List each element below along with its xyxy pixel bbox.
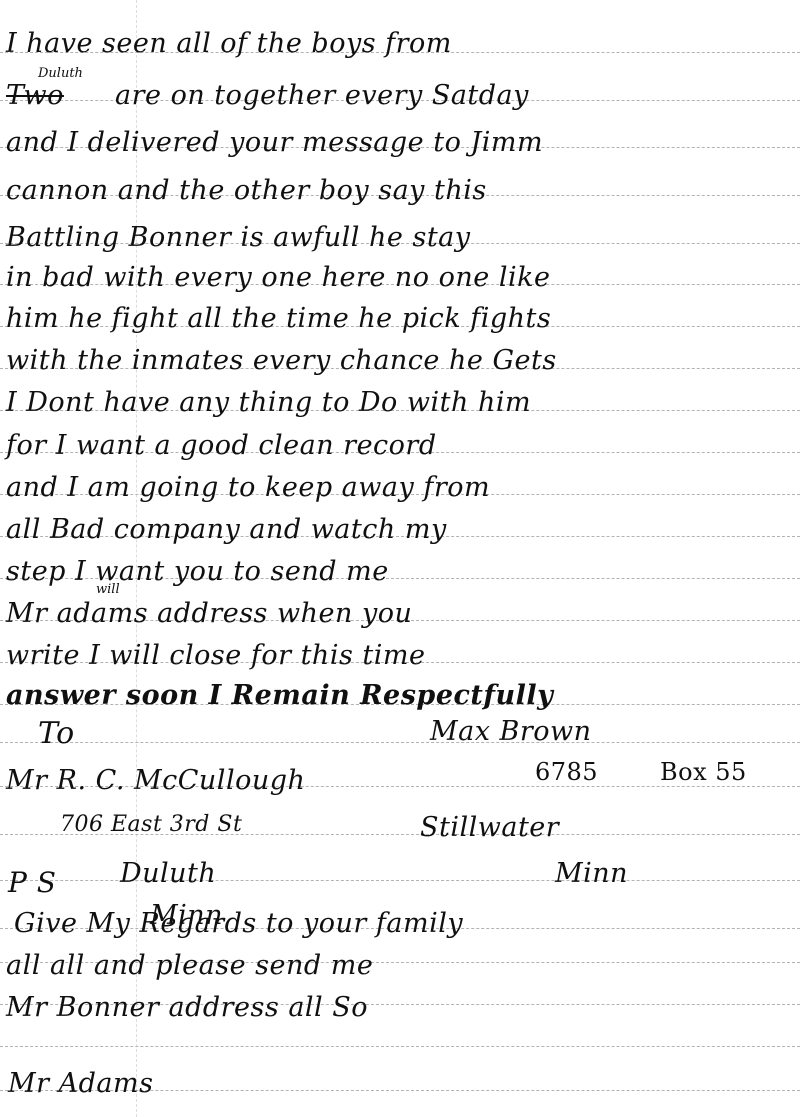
- ps-line-3: Mr Bonner address all So: [6, 992, 368, 1023]
- recipient-street: 706 East 3rd St: [60, 812, 242, 837]
- ruled-line: [0, 742, 800, 743]
- body-line-14: Mr adams address when you: [6, 598, 412, 629]
- body-line-3: and I delivered your message to Jimm: [6, 127, 543, 158]
- body-line-1: I have seen all of the boys from: [6, 28, 452, 59]
- body-line-16: answer soon I Remain Respectfully: [6, 680, 553, 711]
- body-line-10: for I want a good clean record: [6, 430, 437, 461]
- recipient-name: Mr R. C. McCullough: [6, 765, 305, 796]
- insertion-will: will: [96, 582, 120, 597]
- body-line-6: in bad with every one here no one like: [6, 262, 550, 293]
- ruled-line: [0, 1046, 800, 1047]
- body-line-4: cannon and the other boy say this: [6, 175, 487, 206]
- struck-word: Two: [6, 80, 64, 111]
- body-line-2-rest: are on together every Satday: [115, 80, 529, 111]
- sender-state: Minn: [555, 858, 628, 889]
- to-label: To: [38, 716, 75, 751]
- body-line-15: write I will close for this time: [6, 640, 425, 671]
- letter-page: I have seen all of the boys from Duluth …: [0, 0, 800, 1117]
- body-line-13: step I want you to send me: [6, 556, 389, 587]
- box-number: Box 55: [660, 758, 747, 786]
- ps-line-1: Give My Regards to your family: [14, 908, 463, 939]
- body-line-5: Battling Bonner is awfull he stay: [6, 222, 471, 253]
- signature-name: Max Brown: [430, 716, 592, 747]
- sender-city: Stillwater: [420, 812, 559, 843]
- insertion-duluth: Duluth: [38, 66, 83, 81]
- body-line-11: and I am going to keep away from: [6, 472, 490, 503]
- body-line-12: all Bad company and watch my: [6, 514, 447, 545]
- ps-line-5: Mr Adams: [8, 1068, 153, 1099]
- body-line-9: I Dont have any thing to Do with him: [6, 387, 531, 418]
- body-line-8: with the inmates every chance he Gets: [6, 345, 557, 376]
- body-line-2: Two: [6, 80, 64, 111]
- ps-label: P S: [8, 866, 56, 899]
- inmate-number: 6785: [535, 758, 598, 786]
- body-line-7: him he fight all the time he pick fights: [6, 303, 551, 334]
- ps-line-2: all all and please send me: [6, 950, 373, 981]
- recipient-city: Duluth: [120, 858, 216, 889]
